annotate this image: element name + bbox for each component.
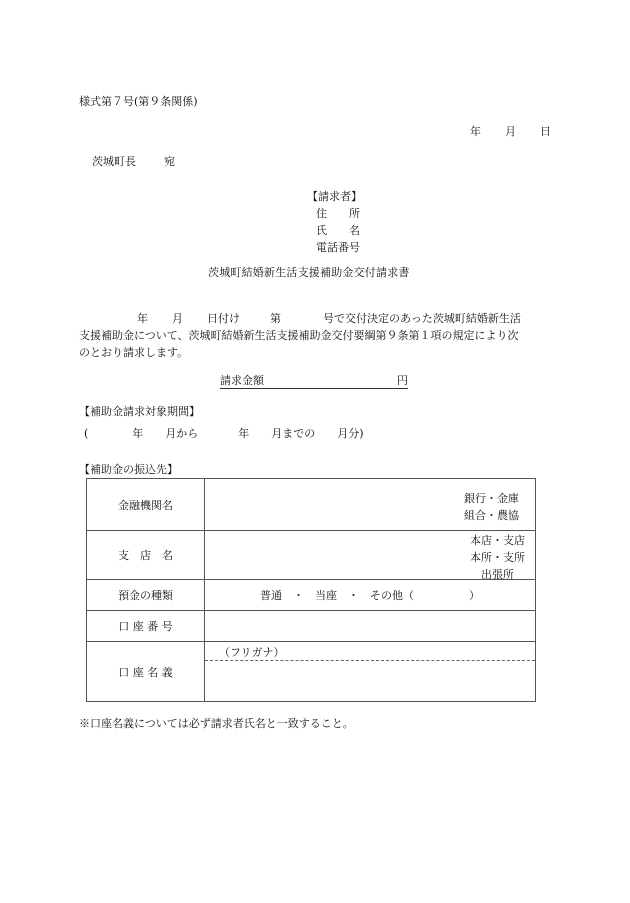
body-line-2: 支援補助金について、茨城町結婚新生活支援補助金交付要綱第９条第１項の規定により次 (79, 327, 554, 344)
account-holder-label: 口 座 名 義 (87, 642, 205, 702)
addressee-name: 茨城町長 (92, 155, 136, 168)
bank-name-field[interactable]: 銀行・金庫 組合・農協 (205, 479, 536, 531)
account-type-options[interactable]: 普通 ・ 当座 ・ その他（ ） (205, 580, 536, 611)
table-row-account-number: 口 座 番 号 (87, 611, 536, 642)
table-row-bank-name: 金融機関名 銀行・金庫 組合・農協 (87, 479, 536, 531)
requester-heading: 【請求者】 (307, 188, 362, 205)
request-amount-field[interactable]: 請求金額 円 (220, 374, 408, 389)
addressee-suffix: 宛 (164, 155, 175, 168)
furigana-label: （フリガナ） (219, 644, 284, 660)
account-number-field[interactable] (205, 611, 536, 642)
body-paragraph: 年月日付け第号で交付決定のあった茨城町結婚新生活 支援補助金について、茨城町結婚… (79, 310, 554, 361)
form-number: 様式第７号(第９条関係) (79, 95, 198, 109)
name-label: 氏 名 (316, 222, 362, 239)
phone-label: 電話番号 (316, 239, 362, 256)
transfer-heading: 【補助金の振込先】 (79, 463, 178, 477)
branch-name-label: 支 店 名 (87, 531, 205, 580)
branch-type-option-2[interactable]: 本所・支所 (470, 549, 525, 566)
account-type-label: 預金の種類 (87, 580, 205, 611)
branch-type-option-1[interactable]: 本店・支店 (470, 532, 525, 549)
requester-block: 【請求者】 住 所 氏 名 電話番号 (316, 188, 362, 256)
date-month: 月 (505, 125, 516, 139)
addressee: 茨城町長宛 (92, 155, 175, 169)
date-day: 日 (540, 125, 551, 139)
date-line: 年月日 (470, 125, 551, 139)
bank-type-option-1[interactable]: 銀行・金庫 (464, 490, 519, 507)
table-row-branch-name: 支 店 名 本店・支店 本所・支所 出張所 (87, 531, 536, 580)
amount-unit: 円 (397, 374, 408, 388)
body-line-3: のとおり請求します。 (79, 344, 554, 361)
account-number-label: 口 座 番 号 (87, 611, 205, 642)
furigana-divider (205, 660, 535, 661)
amount-label: 請求金額 (220, 374, 264, 387)
account-holder-field[interactable]: （フリガナ） (205, 642, 536, 702)
document-title: 茨城町結婚新生活支援補助金交付請求書 (208, 266, 410, 280)
account-holder-note: ※口座名義については必ず請求者氏名と一致すること。 (79, 717, 354, 731)
bank-transfer-table: 金融機関名 銀行・金庫 組合・農協 支 店 名 本店・支店 本所・支所 出張所 … (86, 478, 536, 702)
period-line: (年月から年月までの月分) (84, 427, 364, 441)
date-year: 年 (470, 125, 481, 139)
address-label: 住 所 (316, 205, 362, 222)
body-line-1: 年月日付け第号で交付決定のあった茨城町結婚新生活 (79, 310, 554, 327)
branch-name-field[interactable]: 本店・支店 本所・支所 出張所 (205, 531, 536, 580)
bank-type-option-2[interactable]: 組合・農協 (464, 507, 519, 524)
period-heading: 【補助金請求対象期間】 (79, 405, 200, 419)
table-row-account-holder: 口 座 名 義 （フリガナ） (87, 642, 536, 702)
bank-name-label: 金融機関名 (87, 479, 205, 531)
table-row-account-type: 預金の種類 普通 ・ 当座 ・ その他（ ） (87, 580, 536, 611)
